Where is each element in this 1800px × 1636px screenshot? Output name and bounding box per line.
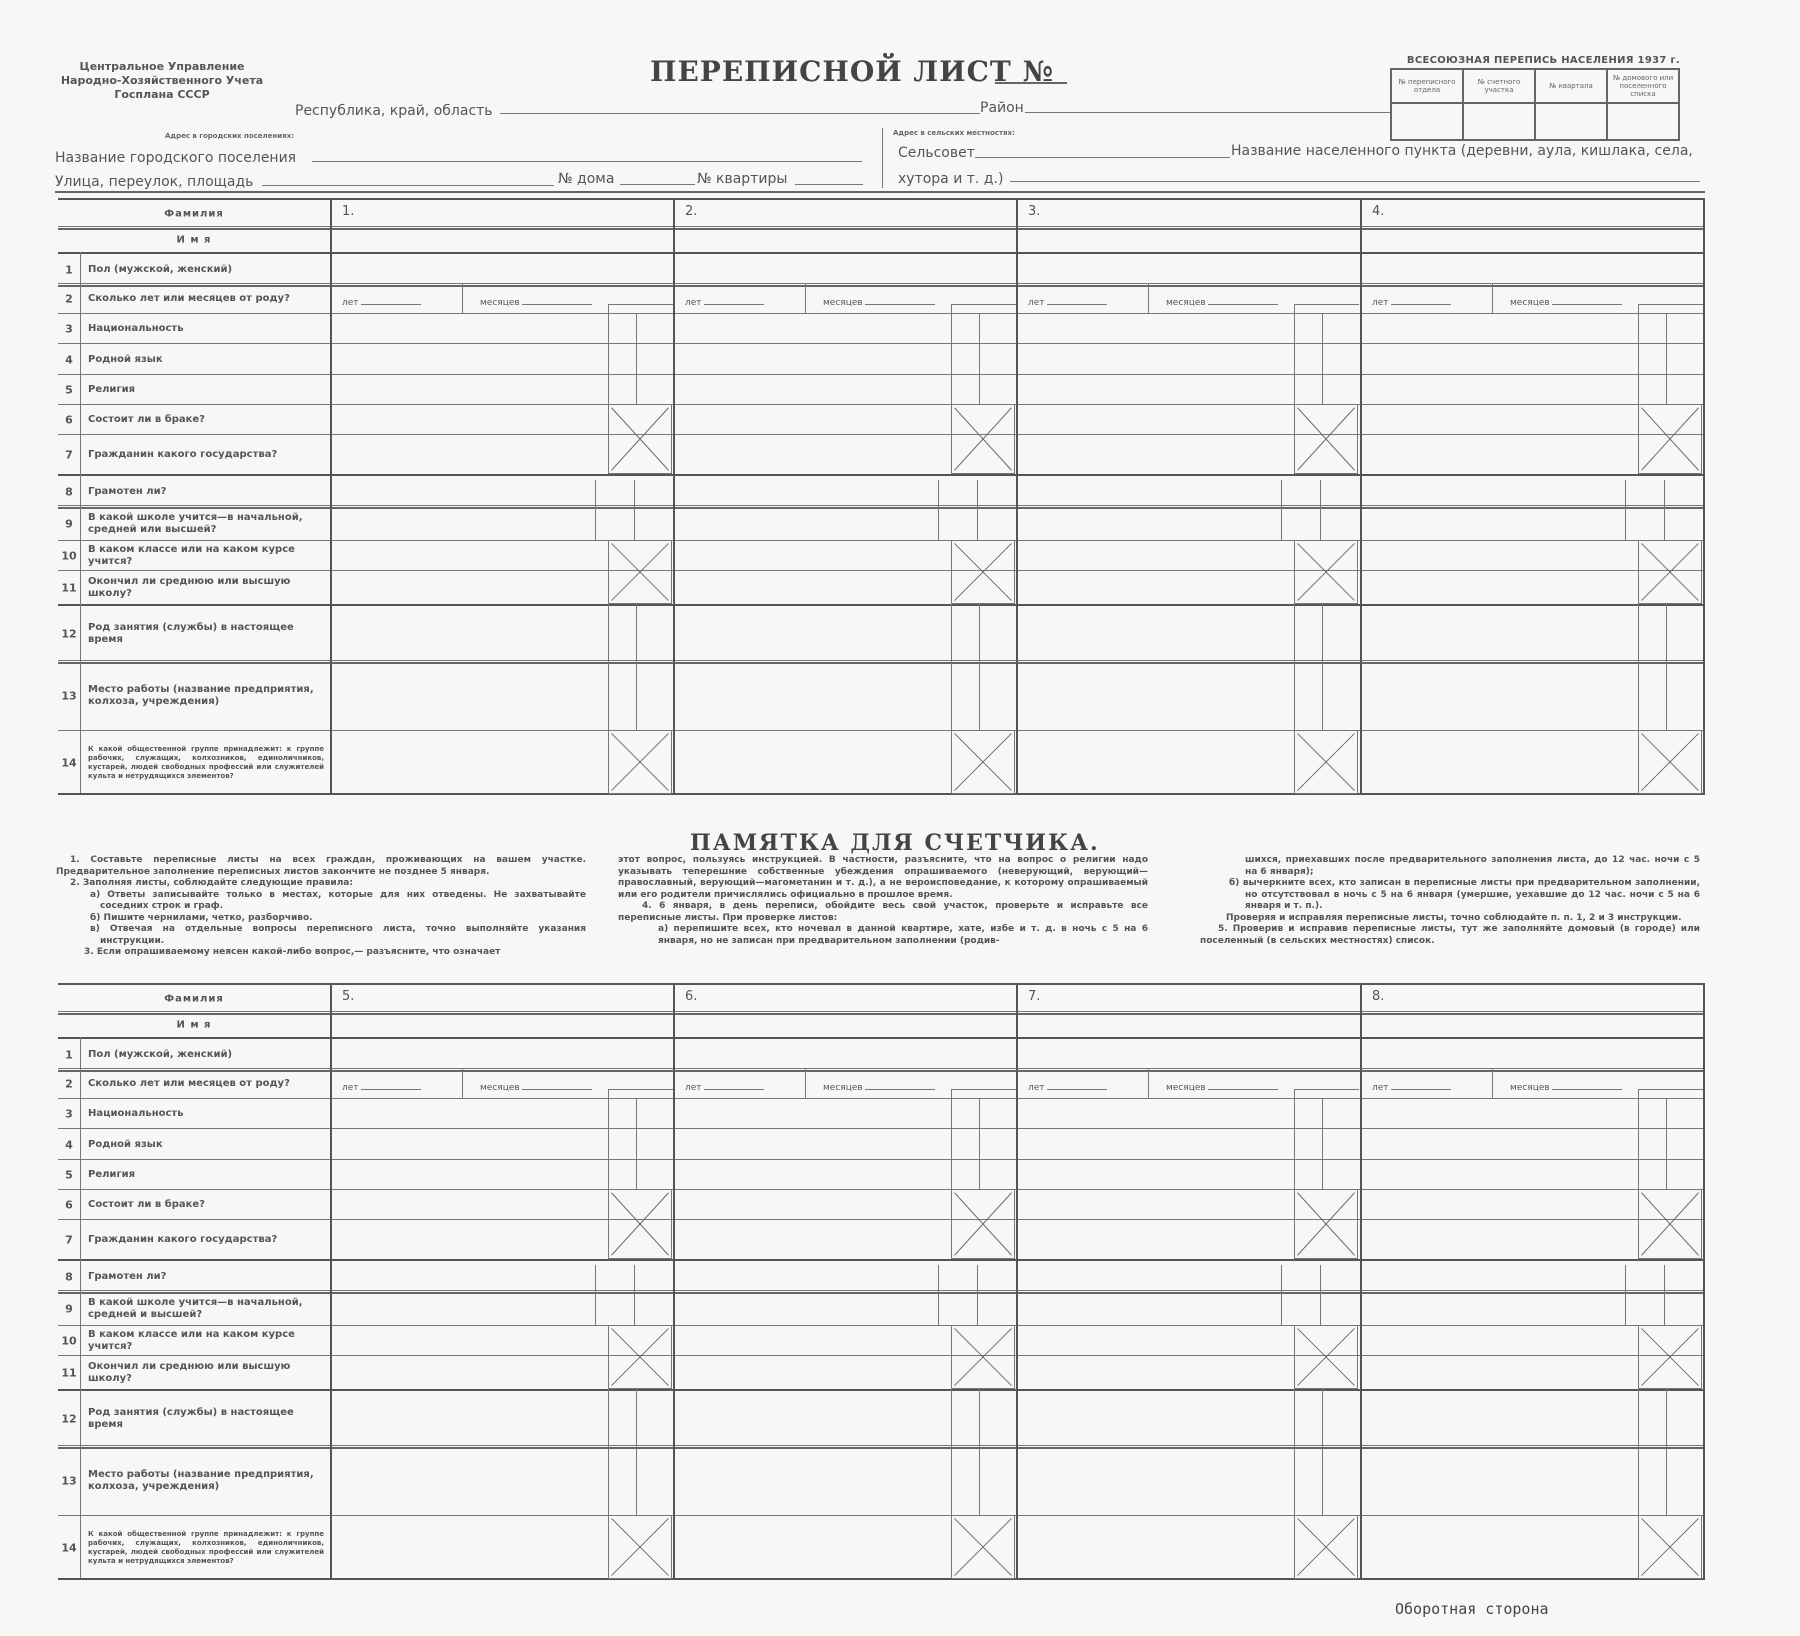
bottom-person-2-answer-field[interactable] [1018,1129,1357,1160]
top-person-1-answer-field[interactable] [675,200,1014,228]
question-number: 4 [58,353,80,366]
age-years-label: лет [1372,298,1451,308]
crossed-box-icon [608,1515,672,1579]
crossed-box-icon [608,1325,672,1389]
code-box-divider [1664,1265,1665,1325]
question-cell: 8Грамотен ли? [58,476,330,507]
question-text: Окончил ли среднюю или высшую школу? [88,576,324,600]
top-person-0-answer-field[interactable] [332,506,671,541]
rural-address-caption: Адрес в сельских местностях: [893,129,1015,137]
census-table-bottom: ФамилияИ м я1Пол (мужской, женский)2Скол… [58,983,1705,1579]
bottom-person-0-answer-field[interactable] [332,1261,671,1292]
top-person-0-answer-field[interactable] [332,375,671,405]
org-line-2: Народно-Хозяйственного Учета [52,74,272,88]
question-text: Состоит ли в браке? [88,414,324,426]
census-block-field[interactable] [1535,103,1607,140]
top-person-2-answer-field[interactable] [1018,476,1357,507]
bottom-person-3-answer-field[interactable] [1362,1129,1701,1160]
question-text: Пол (мужской, женский) [88,264,324,276]
crossed-box-icon [1294,1189,1358,1259]
top-person-1-answer-field[interactable] [675,227,1014,253]
bottom-person-2-answer-field[interactable] [1018,1099,1357,1129]
bottom-person-2-answer-field[interactable] [1018,1261,1357,1292]
question-row: 8Грамотен ли? [58,474,1705,509]
bottom-person-1-answer-field[interactable] [675,985,1014,1013]
census-table-top: ФамилияИ м я1Пол (мужской, женский)2Скол… [58,198,1705,794]
age-years-text: лет [1028,298,1045,308]
code-box-divider [1322,313,1323,405]
bottom-person-3-answer-field[interactable] [1362,1099,1701,1129]
crossed-box-icon [1294,540,1358,604]
bottom-person-2-answer-field[interactable] [1018,1446,1357,1516]
crossed-box-icon [1638,1515,1702,1579]
code-box-top [608,304,673,305]
question-cell: 11Окончил ли среднюю или высшую школу? [58,1356,330,1390]
code-box-divider [979,604,980,730]
bottom-person-0-answer-field[interactable] [332,985,671,1013]
top-person-3-answer-field[interactable] [1362,661,1701,731]
bottom-person-0-answer-field[interactable] [332,1039,671,1070]
question-number: 7 [58,1234,80,1247]
census-id-table: № переписного отдела № счетного участка … [1390,68,1680,141]
top-person-2-answer-field[interactable] [1018,254,1357,285]
question-text: Религия [88,384,324,396]
census-header: ВСЕСОЮЗНАЯ ПЕРЕПИСЬ НАСЕЛЕНИЯ 1937 г. [1390,55,1680,66]
selsovet-field[interactable] [975,157,1230,158]
question-row: 5Религия [58,1159,1705,1190]
age-divider [1492,283,1493,313]
top-person-3-answer-field[interactable] [1362,375,1701,405]
question-cell: Фамилия [58,985,330,1013]
house-field[interactable] [620,184,695,185]
question-number: 2 [58,293,80,306]
top-person-0-answer-field[interactable] [332,661,671,731]
top-person-0-answer-field[interactable] [332,606,671,662]
district-label: Район [980,100,1024,116]
org-line-1: Центральное Управление [52,60,272,74]
code-box-top [1638,1089,1703,1090]
urban-name-label: Название городского поселения [55,150,296,166]
crossed-box-icon [1638,404,1702,474]
name-row: И м я [58,1011,1705,1038]
code-box-divider [977,1265,978,1325]
question-cell: 5Религия [58,1160,330,1190]
question-text: Гражданин какого государства? [88,1234,324,1246]
question-text: Религия [88,1169,324,1181]
code-box-divider [979,1389,980,1515]
code-box-divider [1320,1265,1321,1325]
code-box-divider [977,480,978,540]
page-title: ПЕРЕПИСНОЙ ЛИСТ № [650,55,1054,88]
bottom-person-3-answer-field[interactable] [1362,1039,1701,1070]
person-column-divider [1360,198,1362,794]
crossed-box-icon [951,1515,1015,1579]
question-row: 14К какой общественной группе принадлежи… [58,730,1705,794]
age-months-label: месяцев [480,298,592,308]
code-box-border [595,480,596,540]
crossed-box-icon [951,1325,1015,1389]
top-person-2-answer-field[interactable] [1018,200,1357,228]
age-months-label: месяцев [1510,298,1622,308]
settlement-label: Название населенного пункта (деревни, ау… [1231,143,1693,159]
question-cell: 10В каком классе или на каком курсе учит… [58,1326,330,1356]
table-bottom-border [58,793,1705,795]
question-text: Национальность [88,1108,324,1120]
question-text: Состоит ли в браке? [88,1199,324,1211]
question-cell: 14К какой общественной группе принадлежи… [58,1516,330,1579]
bottom-person-1-answer-field[interactable] [675,1012,1014,1038]
top-person-2-answer-field[interactable] [1018,375,1357,405]
question-row: 5Религия [58,374,1705,405]
person-column-divider [673,198,675,794]
top-person-1-answer-field[interactable] [675,661,1014,731]
age-months-label: месяцев [823,298,935,308]
code-box-top [951,1089,1016,1090]
age-divider [1492,1068,1493,1098]
bottom-person-2-answer-field[interactable] [1018,1391,1357,1447]
age-months-text: месяцев [823,298,863,308]
top-person-2-answer-field[interactable] [1018,506,1357,541]
bottom-person-3-answer-field[interactable] [1362,1291,1701,1326]
top-person-0-answer-field[interactable] [332,476,671,507]
person-number: 1. [342,204,354,219]
person-column-divider [330,983,332,1579]
top-person-2-answer-field[interactable] [1018,606,1357,662]
question-row: 7Гражданин какого государства? [58,434,1705,475]
person-number: 2. [685,204,697,219]
top-person-2-answer-field[interactable] [1018,314,1357,344]
apartment-field[interactable] [795,184,863,185]
memo-item: б) Пишите чернилами, четко, разборчиво. [56,913,586,925]
bottom-person-2-answer-field[interactable] [1018,1291,1357,1326]
question-number: 10 [58,1335,80,1348]
age-years-text: лет [685,298,702,308]
settlement-label-cont: хутора и т. д.) [898,171,1003,187]
bottom-person-1-answer-field[interactable] [675,1291,1014,1326]
question-cell: 3Национальность [58,1099,330,1129]
top-person-0-answer-field[interactable] [332,227,671,253]
top-person-3-answer-field[interactable] [1362,200,1701,228]
question-row: 13Место работы (название предприятия, ко… [58,1445,1705,1516]
question-cell: 1Пол (мужской, женский) [58,1039,330,1070]
person-column-divider [673,983,675,1579]
person-number: 7. [1028,989,1040,1004]
age-months-label: месяцев [1510,1083,1622,1093]
bottom-person-0-answer-field[interactable] [332,1099,671,1129]
organization-block: Центральное Управление Народно-Хозяйстве… [52,60,272,102]
census-dept-field[interactable] [1391,103,1463,140]
top-person-1-answer-field[interactable] [675,344,1014,375]
age-years-text: лет [1372,298,1389,308]
question-text: Грамотен ли? [88,486,324,498]
bottom-person-1-answer-field[interactable] [675,1039,1014,1070]
question-text: К какой общественной группе принадлежит:… [88,1530,324,1566]
crossed-box-icon [951,1189,1015,1259]
bottom-person-3-answer-field[interactable] [1362,1012,1701,1038]
question-cell: 13Место работы (название предприятия, ко… [58,661,330,731]
age-months-text: месяцев [480,298,520,308]
top-person-0-answer-field[interactable] [332,314,671,344]
top-person-0-answer-field[interactable] [332,344,671,375]
question-row: 9В какой школе учится—в начальной, средн… [58,1290,1705,1326]
question-number-divider [80,1037,81,1579]
age-months-label: месяцев [1166,1083,1278,1093]
memo-item: в) Отвечая на отдельные вопросы переписн… [56,924,586,947]
question-number: 3 [58,1108,80,1121]
census-col-dept: № переписного отдела [1391,69,1463,103]
top-person-1-answer-field[interactable] [675,506,1014,541]
code-box-divider [1322,1389,1323,1515]
settlement-field[interactable] [1010,181,1700,182]
top-person-2-answer-field[interactable] [1018,661,1357,731]
bottom-person-1-answer-field[interactable] [675,1160,1014,1190]
age-divider [462,1068,463,1098]
question-row: 6Состоит ли в браке? [58,1189,1705,1220]
crossed-box-icon [1294,1325,1358,1389]
code-box-divider [1664,480,1665,540]
question-number: 10 [58,550,80,563]
top-person-0-answer-field[interactable] [332,254,671,285]
top-person-3-answer-field[interactable] [1362,606,1701,662]
age-years-label: лет [685,1083,764,1093]
crossed-box-icon [1638,540,1702,604]
question-text: Место работы (название предприятия, колх… [88,1469,324,1493]
top-person-3-answer-field[interactable] [1362,344,1701,375]
question-number: 5 [58,384,80,397]
address-divider [882,128,883,188]
bottom-person-1-answer-field[interactable] [675,1261,1014,1292]
question-cell: 7Гражданин какого государства? [58,435,330,475]
street-field[interactable] [262,185,554,186]
code-box-divider [1322,1098,1323,1190]
bottom-person-2-answer-field[interactable] [1018,1160,1357,1190]
census-list-field[interactable] [1607,103,1679,140]
table-right-border [1703,198,1705,794]
crossed-box-icon [608,730,672,794]
code-box-border [1281,1265,1282,1325]
street-label: Улица, переулок, площадь [55,174,253,190]
bottom-person-0-answer-field[interactable] [332,1446,671,1516]
question-row: 1Пол (мужской, женский) [58,1037,1705,1072]
apartment-label: № квартиры [697,171,787,187]
question-number: 9 [58,517,80,530]
person-number: 4. [1372,204,1384,219]
question-cell: 6Состоит ли в браке? [58,405,330,435]
memo-item: этот вопрос, пользуясь инструкцией. В ча… [618,855,1148,901]
age-months-text: месяцев [823,1083,863,1093]
question-text: Сколько лет или месяцев от роду? [88,293,324,305]
question-number: 1 [58,263,80,276]
bottom-person-1-answer-field[interactable] [675,1129,1014,1160]
top-person-1-answer-field[interactable] [675,254,1014,285]
memo-item: Проверяя и исправляя переписные листы, т… [1200,913,1700,925]
question-text: Родной язык [88,1139,324,1151]
crossed-box-icon [951,540,1015,604]
bottom-person-3-answer-field[interactable] [1362,1446,1701,1516]
age-divider [1148,1068,1149,1098]
age-years-text: лет [342,298,359,308]
memo-title: ПАМЯТКА ДЛЯ СЧЕТЧИКА. [690,830,1100,856]
republic-field[interactable] [500,113,980,114]
age-years-label: лет [1028,298,1107,308]
question-number: 2 [58,1078,80,1091]
age-years-text: лет [1028,1083,1045,1093]
bottom-person-3-answer-field[interactable] [1362,985,1701,1013]
code-box-divider [1666,1098,1667,1190]
crossed-box-icon [951,730,1015,794]
top-person-3-answer-field[interactable] [1362,506,1701,541]
code-box-divider [636,604,637,730]
question-row: 4Родной язык [58,1128,1705,1160]
question-cell: 7Гражданин какого государства? [58,1220,330,1260]
bottom-person-0-answer-field[interactable] [332,1391,671,1447]
crossed-box-icon [1294,404,1358,474]
person-number: 8. [1372,989,1384,1004]
age-months-label: месяцев [480,1083,592,1093]
district-field[interactable] [1025,112,1390,113]
question-number: 13 [58,1475,80,1488]
memo-item: а) перепишите всех, кто ночевал в данной… [618,924,1148,947]
question-row: 12Род занятия (службы) в настоящее время [58,1389,1705,1449]
top-person-3-answer-field[interactable] [1362,476,1701,507]
question-cell: 4Родной язык [58,1129,330,1160]
question-cell: 6Состоит ли в браке? [58,1190,330,1220]
code-box-divider [1666,313,1667,405]
age-divider [1148,283,1149,313]
bottom-person-0-answer-field[interactable] [332,1129,671,1160]
question-cell: 1Пол (мужской, женский) [58,254,330,285]
age-months-text: месяцев [1510,1083,1550,1093]
code-box-border [595,1265,596,1325]
house-label: № дома [558,171,614,187]
crossed-box-icon [1638,1325,1702,1389]
bottom-person-1-answer-field[interactable] [675,1099,1014,1129]
code-box-top [1294,304,1359,305]
bottom-person-2-answer-field[interactable] [1018,985,1357,1013]
question-text: Место работы (название предприятия, колх… [88,684,324,708]
question-row: 4Родной язык [58,343,1705,375]
census-area-field[interactable] [1463,103,1535,140]
name-label: И м я [58,235,330,246]
age-years-label: лет [342,298,421,308]
bottom-person-2-answer-field[interactable] [1018,1039,1357,1070]
question-number: 3 [58,323,80,336]
question-cell: 14К какой общественной группе принадлежи… [58,731,330,794]
question-text: Гражданин какого государства? [88,449,324,461]
code-box-divider [1320,480,1321,540]
question-cell: 12Род занятия (службы) в настоящее время [58,606,330,662]
bottom-person-3-answer-field[interactable] [1362,1391,1701,1447]
question-cell: И м я [58,1012,330,1038]
top-person-3-answer-field[interactable] [1362,254,1701,285]
age-months-text: месяцев [1166,1083,1206,1093]
question-text: Окончил ли среднюю или высшую школу? [88,1361,324,1385]
top-person-1-answer-field[interactable] [675,314,1014,344]
code-box-border [938,480,939,540]
bottom-person-3-answer-field[interactable] [1362,1160,1701,1190]
bottom-person-2-answer-field[interactable] [1018,1012,1357,1038]
bottom-person-0-answer-field[interactable] [332,1291,671,1326]
age-divider [805,1068,806,1098]
question-number: 12 [58,1413,80,1426]
age-years-text: лет [1372,1083,1389,1093]
top-person-2-answer-field[interactable] [1018,344,1357,375]
age-months-label: месяцев [1166,298,1278,308]
age-years-label: лет [1372,1083,1451,1093]
question-text: К какой общественной группе принадлежит:… [88,745,324,781]
bottom-person-0-answer-field[interactable] [332,1012,671,1038]
age-years-label: лет [1028,1083,1107,1093]
table-bottom-border [58,1578,1705,1580]
memo-item: 1. Составьте переписные листы на всех гр… [56,855,586,878]
question-number: 8 [58,1270,80,1283]
bottom-person-0-answer-field[interactable] [332,1160,671,1190]
memo-item: 4. 6 января, в день переписи, обойдите в… [618,901,1148,924]
census-col-area: № счетного участка [1463,69,1535,103]
question-cell: И м я [58,227,330,253]
question-number: 7 [58,449,80,462]
bottom-person-1-answer-field[interactable] [675,1446,1014,1516]
question-text: В каком классе или на каком курсе учится… [88,544,324,568]
code-box-top [608,1089,673,1090]
memo-item: 5. Проверив и исправив переписные листы,… [1200,924,1700,947]
question-row: 13Место работы (название предприятия, ко… [58,660,1705,731]
question-cell: 5Религия [58,375,330,405]
question-row: 6Состоит ли в браке? [58,404,1705,435]
person-number: 3. [1028,204,1040,219]
census-col-list: № домового или поселенного списка [1607,69,1679,103]
top-person-0-answer-field[interactable] [332,200,671,228]
code-box-divider [636,1389,637,1515]
top-person-3-answer-field[interactable] [1362,314,1701,344]
bottom-person-3-answer-field[interactable] [1362,1261,1701,1292]
memo-item: 3. Если опрашиваемому неясен какой-либо … [56,947,586,959]
question-row: 9В какой школе учится—в начальной, средн… [58,505,1705,541]
top-person-1-answer-field[interactable] [675,375,1014,405]
top-person-3-answer-field[interactable] [1362,227,1701,253]
urban-address-caption: Адрес в городских поселениях: [165,132,294,140]
top-person-1-answer-field[interactable] [675,476,1014,507]
question-cell: Фамилия [58,200,330,228]
question-text: В какой школе учится—в начальной, средне… [88,512,324,536]
top-person-2-answer-field[interactable] [1018,227,1357,253]
memo-item: шихся, приехавших после предварительного… [1200,855,1700,878]
question-text: Род занятия (службы) в настоящее время [88,1407,324,1431]
age-years-label: лет [342,1083,421,1093]
question-number: 8 [58,485,80,498]
question-row: 11Окончил ли среднюю или высшую школу? [58,1355,1705,1390]
header-divider [55,191,1705,193]
person-column-divider [1016,983,1018,1579]
question-cell: 13Место работы (название предприятия, ко… [58,1446,330,1516]
question-number-divider [80,252,81,794]
republic-label: Республика, край, область [295,103,493,119]
urban-name-field[interactable] [312,161,862,162]
reverse-side-label: Оборотная сторона [1395,1600,1549,1618]
sheet-number-field[interactable] [995,82,1067,84]
question-row: 11Окончил ли среднюю или высшую школу? [58,570,1705,605]
top-person-1-answer-field[interactable] [675,606,1014,662]
code-box-divider [1322,604,1323,730]
surname-label: Фамилия [58,994,330,1005]
question-row: 7Гражданин какого государства? [58,1219,1705,1260]
question-row: 14К какой общественной группе принадлежи… [58,1515,1705,1579]
bottom-person-1-answer-field[interactable] [675,1391,1014,1447]
question-cell: 4Родной язык [58,344,330,375]
question-row: 10В каком классе или на каком курсе учит… [58,1325,1705,1356]
question-row: 3Национальность [58,1098,1705,1129]
question-row: 1Пол (мужской, женский) [58,252,1705,287]
